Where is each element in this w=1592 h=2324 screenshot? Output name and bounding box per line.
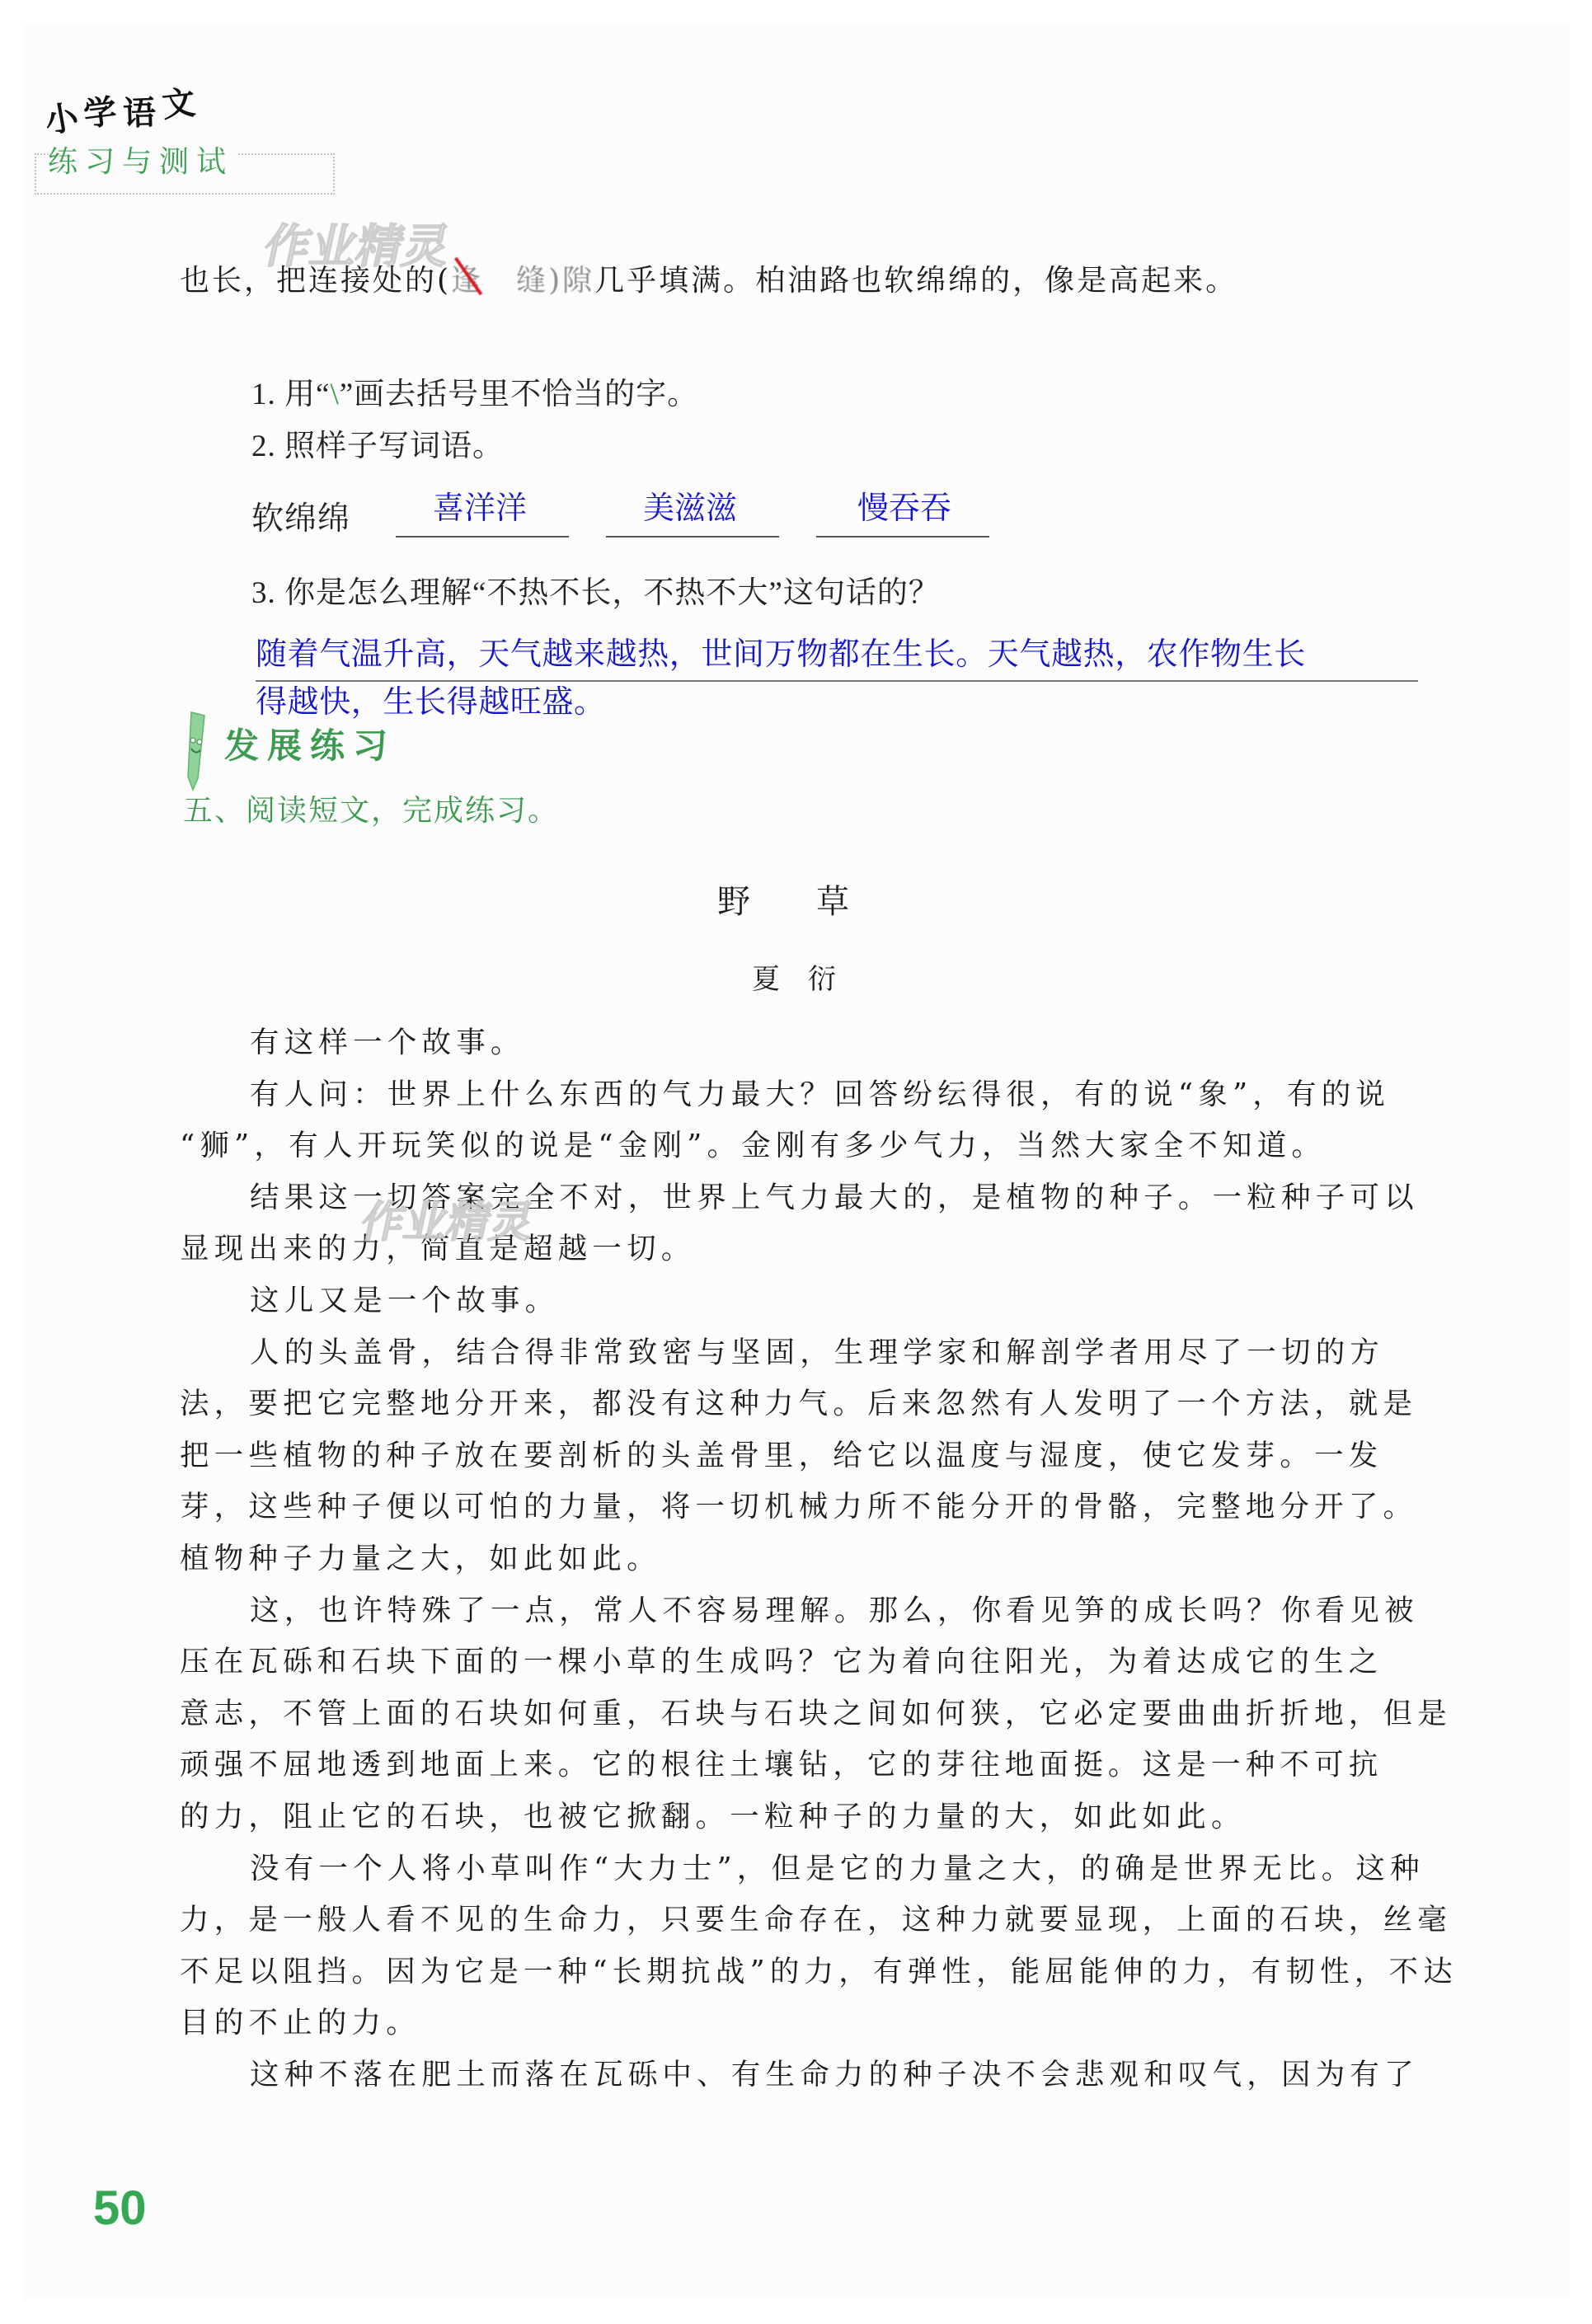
example-word: 软绵绵	[251, 493, 350, 539]
article-line: “狮”，有人开玩笑似的说是“金刚”。金刚有多少气力，当然大家全不知道。	[180, 1122, 1326, 1164]
slash-mark-icon: \	[330, 378, 339, 411]
answer-blank-2	[606, 536, 779, 538]
correct-option: 缝	[516, 264, 548, 298]
series-subtitle: 练习与测试	[48, 139, 238, 181]
page-number: 50	[93, 2181, 147, 2236]
article-line: 人的头盖骨，结合得非常致密与坚固，生理学家和解剖学者用尽了一切的方	[250, 1329, 1384, 1371]
article-line: 芽，这些种子便以可怕的力量，将一切机械力所不能分开的骨骼，完整地分开了。	[180, 1483, 1417, 1525]
watermark: 作业精灵	[356, 1187, 541, 1249]
fragment-paren: )隙	[548, 264, 594, 298]
article-line: 这儿又是一个故事。	[250, 1277, 559, 1319]
fragment-text: 也长，把连接处的(	[180, 264, 451, 298]
pencil-mascot-icon	[183, 709, 208, 791]
article-line: 不足以阻挡。因为它是一种“长期抗战”的力，有弹性，能屈能伸的力，有韧性，不达	[180, 1948, 1458, 1990]
struck-option: 逢	[451, 257, 483, 299]
answer-line-1: 随着气温升高，天气越来越热，世间万物都在生长。天气越热，农作物生长	[256, 628, 1306, 674]
passage-fragment: 也长，把连接处的(逢缝)隙几乎填满。柏油路也软绵绵的，像是高起来。	[180, 257, 1237, 299]
article-line: 有人问：世界上什么东西的气力最大？回答纷纭得很，有的说“象”，有的说	[250, 1071, 1390, 1113]
answer-line-2: 得越快，生长得越旺盛。	[256, 676, 606, 721]
series-title-char: 文	[160, 76, 204, 127]
question-1: 1. 用“\”画去括号里不恰当的字。	[251, 369, 698, 413]
article-line: 力，是一般人看不见的生命力，只要生命存在，这种力就要显现，上面的石块，丝毫	[180, 1896, 1452, 1938]
article-line: 意志，不管上面的石块如何重，石块与石块之间如何狭，它必定要曲曲折折地，但是	[180, 1690, 1452, 1732]
question-2: 2. 照样子写词语。	[251, 420, 504, 465]
question-text: ”画去括号里不恰当的字。	[340, 378, 698, 411]
article-line: 顽强不屈地透到地面上来。它的根往土壤钻，它的芽往地面挺。这是一种不可抗	[180, 1741, 1383, 1783]
article-line: 没有一个人将小草叫作“大力士”，但是它的力量之大，的确是世界无比。这种	[250, 1845, 1425, 1887]
answer-word-1: 喜洋洋	[433, 482, 527, 528]
series-title-char: 语	[122, 87, 163, 135]
article-title: 野 草	[717, 876, 849, 923]
answer-blank-3	[816, 536, 989, 538]
article-line: 法，要把它完整地分开来，都没有这种力气。后来忽然有人发明了一个方法，就是	[180, 1380, 1417, 1422]
question-number: 3.	[251, 576, 276, 610]
article-line: 这种不落在肥土而落在瓦砾中、有生命力的种子决不会悲观和叹气，因为有了	[250, 2051, 1419, 2093]
article-line: 压在瓦砾和石块下面的一棵小草的生成吗？它为着向往阳光，为着达成它的生之	[180, 1638, 1383, 1680]
section-heading: 发展练习	[224, 719, 396, 768]
question-text: 照样子写词语。	[284, 430, 504, 463]
article-line: 把一些植物的种子放在要剖析的头盖骨里，给它以温度与湿度，使它发芽。一发	[180, 1432, 1383, 1474]
question-number: 2.	[251, 430, 276, 463]
series-title-char: 小	[40, 90, 87, 143]
article-line: 的力，阻止它的石块，也被它掀翻。一粒种子的力量的大，如此如此。	[180, 1793, 1246, 1835]
answer-word-2: 美滋滋	[643, 482, 737, 528]
answer-word-3: 慢吞吞	[857, 482, 951, 528]
question-text: 你是怎么理解“不热不长，不热不大”这句话的？	[284, 576, 940, 610]
question-3: 3. 你是怎么理解“不热不长，不热不大”这句话的？	[251, 567, 940, 612]
fragment-text: 几乎填满。柏油路也软绵绵的，像是高起来。	[594, 264, 1237, 298]
exercise-title: 五、阅读短文，完成练习。	[183, 787, 559, 829]
article-line: 有这样一个故事。	[250, 1019, 525, 1061]
question-number: 1.	[251, 378, 276, 411]
article-author: 夏 衍	[752, 956, 836, 997]
article-line: 植物种子力量之大，如此如此。	[180, 1535, 661, 1577]
series-title-char: 学	[81, 84, 126, 135]
article-line: 这，也许特殊了一点，常人不容易理解。那么，你看见笋的成长吗？你看见被	[250, 1587, 1419, 1629]
question-text: 用“	[284, 378, 330, 411]
article-line: 目的不止的力。	[180, 1999, 420, 2041]
answer-blank-1	[396, 536, 569, 538]
